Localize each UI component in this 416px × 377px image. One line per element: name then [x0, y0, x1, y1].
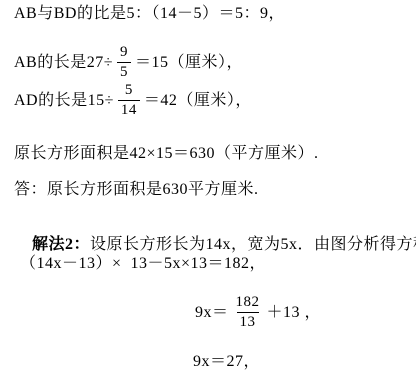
ab-length-equation-line: AB的长是27÷ 9 5 ＝15（厘米），	[14, 44, 243, 81]
method2-label: 解法2：	[32, 236, 90, 253]
answer-line: 答：原长方形面积是630平方厘米.	[14, 181, 259, 199]
fraction-182-thirteenths: 182 13	[233, 294, 263, 331]
fraction-denominator: 5	[117, 62, 131, 81]
ad-length-equation-line: AD的长是15÷ 5 14 ＝42（厘米），	[14, 82, 252, 119]
area-equation-line: 原长方形面积是42×15＝630（平方厘米）.	[14, 145, 319, 163]
equation-suffix-text: ＝42（厘米），	[144, 92, 252, 110]
fraction-denominator: 14	[118, 100, 140, 119]
equation-prefix-text: AB的长是27÷	[14, 54, 113, 72]
equation-prefix-text: AD的长是15÷	[14, 92, 114, 110]
fraction-numerator: 182	[233, 294, 263, 312]
equation-14x-line: （14x－13）× 13－5x×13＝182，	[20, 255, 266, 273]
equation-suffix-text: ＋13 ，	[267, 304, 322, 322]
ratio-statement-line: AB与BD的比是5：（14－5）＝5：9，	[14, 5, 285, 23]
method2-setup-text: 设原长方形长为14x，宽为5x．由图分析得方程	[90, 236, 416, 253]
fraction-nine-fifths: 9 5	[117, 44, 131, 81]
equation-prefix-text: 9x＝	[195, 304, 229, 322]
fraction-five-fourteenths: 5 14	[118, 82, 140, 119]
equation-suffix-text: ＝15（厘米），	[135, 54, 243, 72]
equation-9x-result-line: 9x＝27，	[193, 353, 260, 371]
fraction-numerator: 5	[122, 82, 136, 100]
math-solution-document: AB与BD的比是5：（14－5）＝5：9， AB的长是27÷ 9 5 ＝15（厘…	[0, 0, 416, 377]
fraction-denominator: 13	[237, 312, 259, 331]
equation-9x-fraction-line: 9x＝ 182 13 ＋13 ，	[195, 294, 321, 331]
fraction-numerator: 9	[117, 44, 131, 62]
